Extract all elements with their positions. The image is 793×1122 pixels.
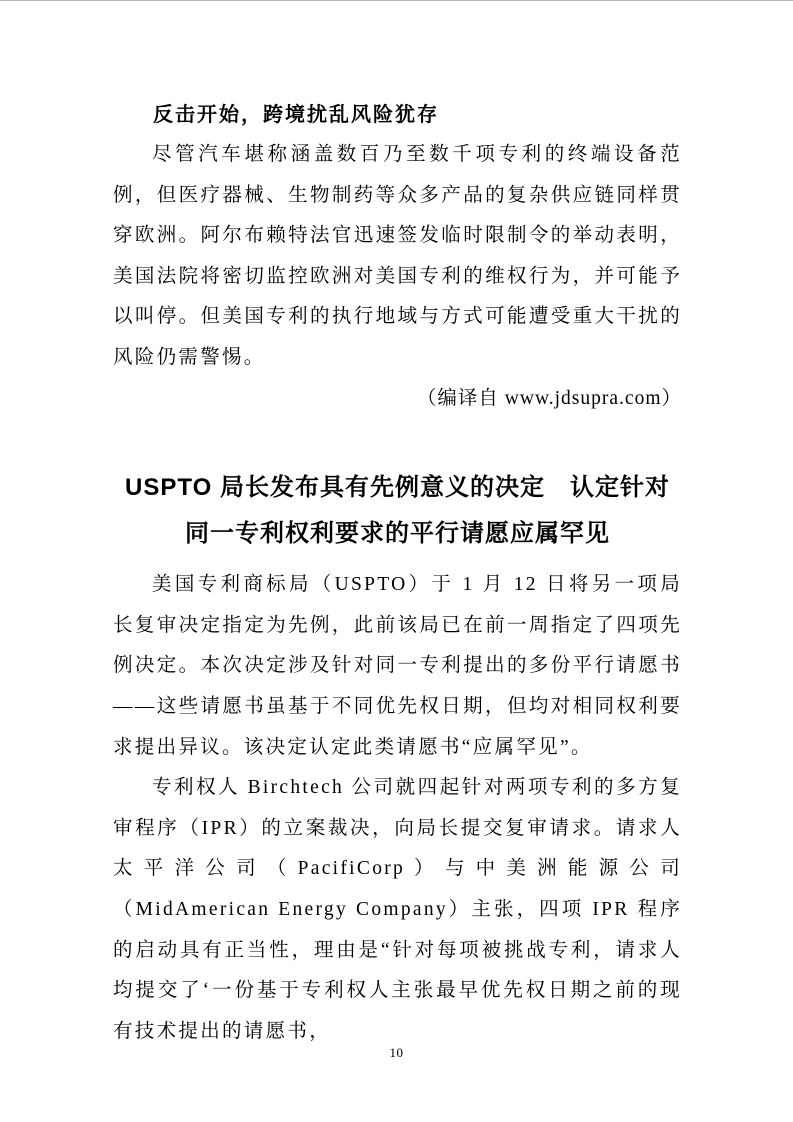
source-attribution: （编译自 www.jdsupra.com） [113, 379, 682, 420]
page-number: 10 [0, 1045, 793, 1061]
page-content: 反击开始，跨境扰乱风险犹存 尽管汽车堪称涵盖数百乃至数千项专利的终端设备范例，但… [113, 1, 682, 1052]
article-heading: USPTO 局长发布具有先例意义的决定 认定针对同一专利权利要求的平行请愿应属罕… [113, 465, 682, 557]
body-paragraph: 美国专利商标局（USPTO）于 1 月 12 日将另一项局长复审决定指定为先例，… [113, 565, 682, 768]
document-page: 反击开始，跨境扰乱风险犹存 尽管汽车堪称涵盖数百乃至数千项专利的终端设备范例，但… [0, 1, 793, 1122]
body-paragraph: 尽管汽车堪称涵盖数百乃至数千项专利的终端设备范例，但医疗器械、生物制药等众多产品… [113, 135, 682, 379]
subsection-heading: 反击开始，跨境扰乱风险犹存 [113, 95, 682, 135]
body-paragraph: 专利权人 Birchtech 公司就四起针对两项专利的多方复审程序（IPR）的立… [113, 768, 682, 1052]
